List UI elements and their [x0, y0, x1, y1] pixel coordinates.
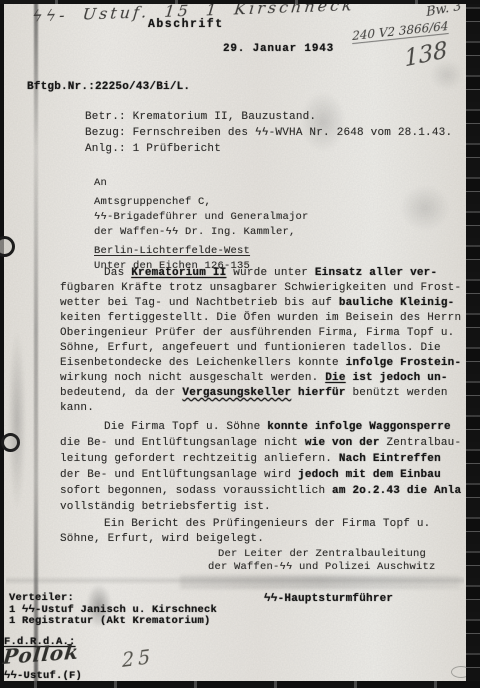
body-line: wirkung noch nicht ausgeschalt werden. D… [60, 371, 461, 386]
body-line: kann. [60, 401, 461, 416]
body-text: wurde unter [226, 267, 314, 279]
body-line: die Be- und Entlüftungsanlage nicht wie … [60, 435, 461, 451]
body-text: sofort begonnen, sodass voraussichtlich [60, 485, 332, 497]
body-line: leitung gefordert rechtzeitig anliefern.… [60, 451, 461, 467]
body-line: keiten fertiggestellt. Die Öfen wurden i… [60, 311, 461, 326]
body-text-bold: hierfür [291, 387, 345, 399]
subject-anlage: Anlg.: 1 Prüfbericht [85, 141, 452, 157]
body-text-bold: am 2o.2.43 die Anla [332, 485, 461, 497]
body-line: der Be- und Entlüftungsanlage wird jedoc… [60, 467, 461, 483]
body-text-bold: infolge Frostein- [346, 357, 462, 369]
body-paragraph-2: Die Firma Topf u. Söhne konnte infolge W… [60, 419, 461, 515]
body-line: Die Firma Topf u. Söhne konnte infolge W… [60, 419, 461, 435]
body-text-vergasungskeller: Vergasungskeller [182, 387, 291, 399]
body-text: Das [104, 267, 131, 279]
body-text: benützt werden [346, 387, 448, 399]
document-scan: ϟϟ- Ustuf. 15 1 Kirschneck Bw. 3 240 V2 … [0, 0, 480, 688]
stain [8, 330, 26, 510]
body-text-bold: Nach Eintreffen [339, 453, 441, 465]
recipient-block: An Amtsgruppenchef C, ϟϟ-Brigadeführer u… [94, 176, 309, 274]
body-text: leitung gefordert rechtzeitig anliefern. [60, 453, 339, 465]
body-text-bold: bauliche Kleinig- [339, 297, 455, 309]
closing-block: Der Leiter der Zentralbauleitung der Waf… [218, 548, 436, 574]
body-line: Ein Bericht des Prüfingenieurs der Firma… [60, 517, 430, 532]
abschrift-label: Abschrift [148, 18, 224, 31]
body-text-underlined: Die [325, 372, 345, 384]
body-line: vollständig betriebsfertig ist. [60, 499, 461, 515]
body-text-bold: konnte infolge Waggonsperre [267, 421, 451, 433]
body-text-bold: Einsatz aller ver- [315, 267, 437, 279]
body-text-bold: jedoch mit dem Einbau [298, 469, 441, 481]
body-text: Die Firma Topf u. Söhne [104, 421, 267, 433]
body-text: Eisenbetondecke des Leichenkellers konnt… [60, 357, 346, 369]
body-text-bold: wie von der [305, 437, 380, 449]
distribution-item: 1 Registratur (Akt Krematorium) [9, 616, 217, 628]
body-line: Söhne, Erfurt, angefeuert und funtionier… [60, 341, 461, 356]
subject-block: Betr.: Krematorium II, Bauzustand. Bezug… [85, 109, 452, 157]
recipient-line: Amtsgruppenchef C, [94, 195, 309, 210]
body-text: Zentralbau- [380, 437, 462, 449]
body-line: wetter bei Tag- und Nachtbetrieb bis auf… [60, 296, 461, 311]
stain [400, 185, 450, 231]
recipient-salutation: An [94, 176, 309, 191]
distribution-title: Verteiler: [9, 593, 217, 605]
closing-line: Der Leiter der Zentralbauleitung [218, 548, 436, 561]
handwritten-number-25: 25 [122, 646, 154, 672]
body-text: wetter bei Tag- und Nachtbetrieb bis auf [60, 297, 339, 309]
scan-edge-right [466, 0, 480, 688]
signature-rank: ϟϟ-Hauptsturmführer [264, 593, 393, 605]
closing-line: der Waffen-ϟϟ und Polizei Auschwitz [208, 561, 436, 574]
document-date: 29. Januar 1943 [223, 43, 334, 55]
body-text: wirkung noch nicht ausgeschalt werden. [60, 372, 325, 384]
body-line: Oberingenieur Prüfer der ausführenden Fi… [60, 326, 461, 341]
body-line: Das Krematorium II wurde unter Einsatz a… [60, 266, 461, 281]
body-line: bedeutend, da der Vergasungskeller hierf… [60, 386, 461, 401]
body-text: die Be- und Entlüftungsanlage nicht [60, 437, 305, 449]
body-paragraph-1: Das Krematorium II wurde unter Einsatz a… [60, 266, 461, 416]
scan-edge-bottom [0, 681, 480, 688]
body-text-underlined: Krematorium II [131, 267, 226, 279]
distribution-block: Verteiler: 1 ϟϟ-Ustuf Janisch u. Kirschn… [9, 593, 217, 628]
body-text-bold: ist jedoch un- [346, 372, 448, 384]
body-line: sofort begonnen, sodass voraussichtlich … [60, 483, 461, 499]
body-line: Söhne, Erfurt, wird beigelegt. [60, 532, 430, 547]
reference-number: Bftgb.Nr.:2225o/43/Bi/L. [27, 81, 190, 93]
recipient-line: ϟϟ-Brigadeführer und Generalmajor [94, 210, 309, 225]
recipient-line-address: Berlin-Lichterfelde-West [94, 244, 309, 259]
recipient-line: der Waffen-ϟϟ Dr. Ing. Kammler, [94, 225, 309, 240]
scan-edge-top [0, 0, 480, 4]
body-line: fügbaren Kräfte trotz unsagbarer Schwier… [60, 281, 461, 296]
body-text: der Be- und Entlüftungsanlage wird [60, 469, 298, 481]
subject-betreff: Betr.: Krematorium II, Bauzustand. [85, 109, 452, 125]
body-paragraph-3: Ein Bericht des Prüfingenieurs der Firma… [60, 517, 430, 547]
body-line: Eisenbetondecke des Leichenkellers konnt… [60, 356, 461, 371]
body-text: bedeutend, da der [60, 387, 182, 399]
ink-offset-smudge [180, 575, 460, 589]
subject-bezug: Bezug: Fernschreiben des ϟϟ-WVHA Nr. 264… [85, 125, 452, 141]
